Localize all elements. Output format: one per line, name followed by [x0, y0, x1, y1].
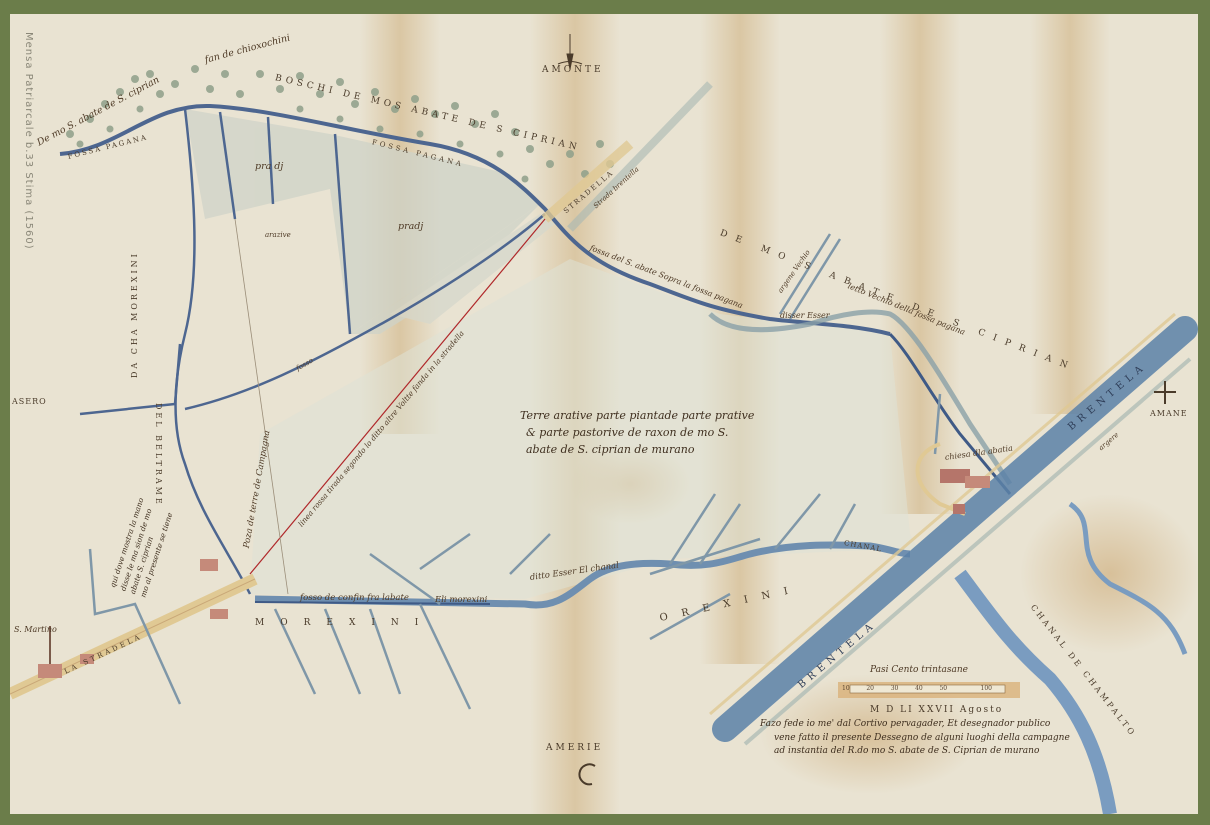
north-label: AMONTE: [542, 66, 604, 75]
beltrame-label: DEL BELTRAME: [154, 403, 162, 507]
west-label: ASERO: [12, 398, 47, 406]
east-label: AMANE: [1150, 410, 1188, 418]
scale-tick: 50: [939, 685, 947, 692]
attestation-line-3: ad instantia del R.do mo S. abate de S. …: [760, 745, 1070, 759]
attestation-line-2: vene fatto il presente Dessegno de algun…: [760, 732, 1070, 746]
disser-esser-label: disser Esser: [780, 312, 830, 320]
scale-bar-title: Pasi Cento trintasane: [870, 666, 968, 675]
ca-morexini-label: DA CHA MOREXINI: [131, 251, 139, 378]
scale-tick: 40: [915, 685, 923, 692]
fosso-confin-label: fosso de confin fra labate: [300, 594, 409, 603]
pradi-label-1: pra dj: [255, 162, 283, 172]
scale-tick: 10: [842, 685, 850, 692]
map-sheet: Mensa Patriarcale b.33 Stima (1560) AMON…: [10, 14, 1198, 814]
scale-bar-ticks: 10 20 30 40 50 100: [842, 685, 992, 692]
archive-margin-note: Mensa Patriarcale b.33 Stima (1560): [23, 32, 34, 250]
scale-tick: 30: [891, 685, 899, 692]
eli-morexini-label: Eli morexini: [435, 596, 487, 605]
main-note-line-3: abate de S. ciprian de murano: [520, 441, 754, 458]
main-note-line-1: Terre arative parte piantade parte prati…: [520, 407, 754, 424]
scale-tick: 100: [981, 685, 992, 692]
attestation-date: M D LI XXVII Agosto: [870, 706, 1003, 715]
main-land-note: Terre arative parte piantade parte prati…: [520, 407, 754, 458]
attestation-text: Fazo fede io me' dal Cortivo pervagader,…: [760, 718, 1070, 759]
attestation-line-1: Fazo fede io me' dal Cortivo pervagader,…: [760, 718, 1070, 732]
san-martino-label: S. Martino: [14, 626, 57, 634]
arativo-label: arazive: [265, 232, 291, 239]
main-note-line-2: & parte pastorive de raxon de mo S.: [520, 424, 754, 441]
pradi-label-2: pradj: [398, 222, 423, 232]
south-label: AMERIE: [546, 744, 603, 753]
east-cross-mark: [1154, 381, 1176, 404]
scale-tick: 20: [866, 685, 874, 692]
morexini-left-label: MOREXINI: [255, 619, 434, 628]
